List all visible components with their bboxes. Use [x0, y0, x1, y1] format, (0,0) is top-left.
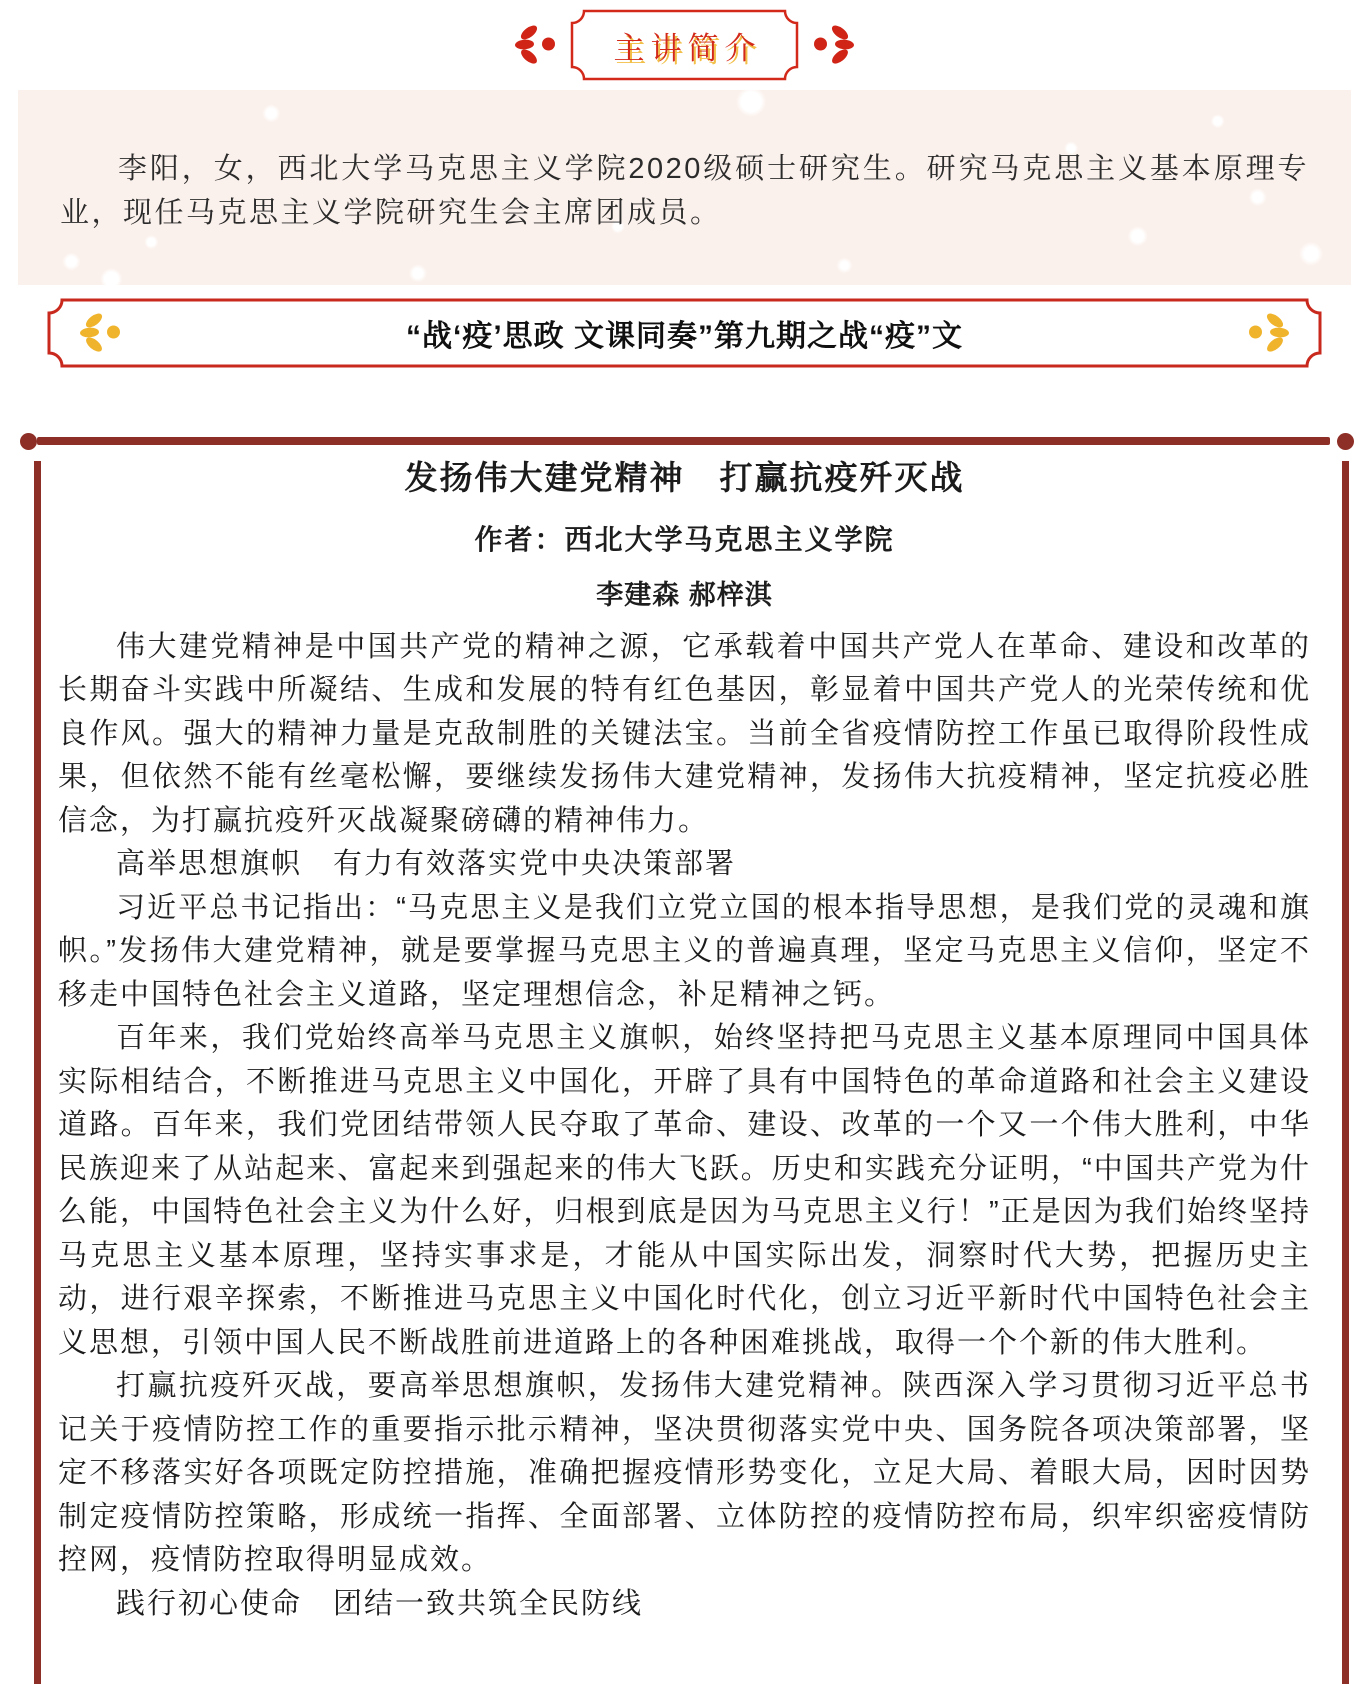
frame-side-line-left: [34, 461, 41, 1684]
article-paragraph: 打赢抗疫歼灭战，要高举思想旗帜，发扬伟大建党精神。陕西深入学习贯彻习近平总书记关…: [58, 1365, 1311, 1583]
speaker-bio-section: 李阳，女，西北大学马克思主义学院2020级硕士研究生。研究马克思主义基本原理专业…: [18, 90, 1351, 285]
series-title-bar: “战‘疫’思政 文课同奏”第九期之战“疫”文: [49, 300, 1320, 366]
series-title: “战‘疫’思政 文课同奏”第九期之战“疫”文: [406, 311, 963, 355]
frame-corner-dot-right: [1337, 433, 1354, 450]
article: 发扬伟大建党精神 打赢抗疫歼灭战 作者：西北大学马克思主义学院 李建森 郝梓淇 …: [58, 458, 1311, 1626]
speaker-intro-badge: 主讲简介: [572, 11, 797, 79]
article-body: 伟大建党精神是中国共产党的精神之源，它承载着中国共产党人在革命、建设和改革的长期…: [58, 626, 1311, 1627]
article-title: 发扬伟大建党精神 打赢抗疫歼灭战: [58, 458, 1311, 498]
article-subheading: 践行初心使命 团结一致共筑全民防线: [58, 1583, 1311, 1627]
article-frame-top: [0, 433, 1369, 450]
frame-side-line-right: [1342, 461, 1349, 1684]
article-paragraph: 习近平总书记指出：“马克思主义是我们立党立国的根本指导思想，是我们党的灵魂和旗帜…: [58, 887, 1311, 1018]
petal-burst-icon: [512, 25, 558, 65]
speaker-bio-text: 李阳，女，西北大学马克思主义学院2020级硕士研究生。研究马克思主义基本原理专业…: [60, 147, 1309, 235]
speaker-intro-header: 主讲简介: [0, 10, 1369, 80]
article-paragraph: 伟大建党精神是中国共产党的精神之源，它承载着中国共产党人在革命、建设和改革的长期…: [58, 626, 1311, 844]
petal-burst-icon: [77, 313, 123, 353]
article-paragraph: 百年来，我们党始终高举马克思主义旗帜，始终坚持把马克思主义基本原理同中国具体实际…: [58, 1017, 1311, 1365]
petal-burst-icon: [811, 25, 857, 65]
article-subheading: 高举思想旗帜 有力有效落实党中央决策部署: [58, 843, 1311, 887]
frame-corner-dot-left: [20, 433, 37, 450]
frame-top-line: [37, 437, 1330, 445]
article-author-line: 作者：西北大学马克思主义学院: [58, 523, 1311, 557]
speaker-intro-title: 主讲简介: [608, 23, 762, 68]
petal-burst-icon: [1246, 313, 1292, 353]
article-author-names: 李建森 郝梓淇: [58, 579, 1311, 611]
